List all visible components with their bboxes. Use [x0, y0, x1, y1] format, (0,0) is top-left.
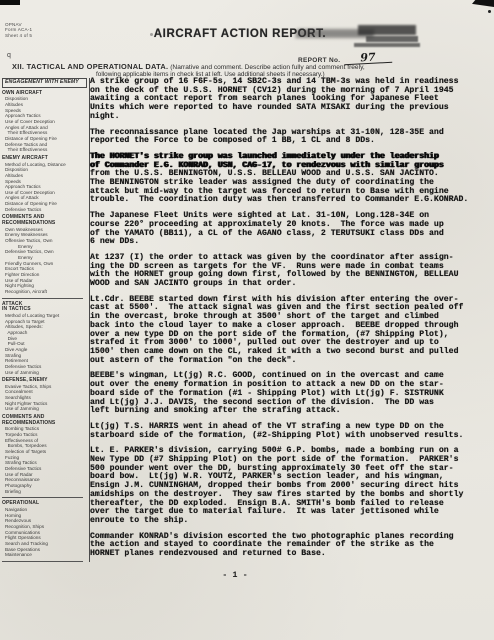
narrative-paragraph: The Japanese Fleet Units were sighted at…: [90, 212, 488, 247]
stamp-smudge: [358, 25, 416, 35]
form-identifier: OPNAV Form ACA-1 Sheet 4 of 5: [5, 22, 32, 38]
checklist-item: Use of Jamming: [2, 370, 87, 376]
checklist-item: Defensive Tactics: [2, 207, 87, 213]
checklist-group: COMMENTS ANDRECOMMENDATIONSOwn Weaknesse…: [2, 215, 87, 294]
scan-artifact: [488, 10, 491, 13]
section-heading-title: XII. TACTICAL AND OPERATIONAL DATA.: [12, 62, 168, 71]
checklist-item: Recognition, Aircraft: [2, 289, 87, 295]
checklist-group: COMMENTS ANDRECOMMENDATIONSBombing Tacti…: [2, 415, 87, 494]
checklist-item: Briefing: [2, 489, 87, 495]
checklist-item: Maintenance: [2, 552, 87, 558]
checklist-group: ENEMY AIRCRAFTMethod of Locating, Distan…: [2, 156, 87, 213]
sidebar-divider: [2, 298, 83, 299]
scan-edge-mark: [472, 0, 494, 7]
stamp-smudge: [354, 43, 420, 47]
narrative-paragraph: Commander KONRAD's division escorted the…: [90, 533, 488, 559]
scan-artifact: q: [7, 52, 11, 59]
narrative-text: A strike group of 16 F6F-5s, 14 SB2C-3s …: [90, 78, 488, 566]
narrative-paragraph: BEEBE's wingman, Lt(jg) R.C. GOOD, conti…: [90, 372, 488, 416]
sidebar-divider: [2, 497, 83, 498]
illegible-classification-stamp: [296, 25, 422, 51]
section-heading: XII. TACTICAL AND OPERATIONAL DATA. (Nar…: [12, 62, 482, 71]
form-id-line: Sheet 4 of 5: [5, 33, 32, 38]
checklist-group: DEFENSE, ENEMYEvasive Tactics, ShipsConc…: [2, 378, 87, 412]
scan-edge-mark: [0, 0, 20, 5]
narrative-paragraph: Lt.Cdr. BEEBE started down first with hi…: [90, 296, 488, 366]
section-heading-note: (Narrative and comment. Describe action …: [170, 64, 364, 71]
document-page: OPNAV Form ACA-1 Sheet 4 of 5 q AIRCRAFT…: [0, 0, 494, 640]
checklist-item: Their Effectiveness: [2, 147, 87, 153]
stamp-smudge: [366, 36, 418, 42]
narrative-paragraph: Lt. E. PARKER's division, carrying 500# …: [90, 447, 488, 525]
page-number: - 1 -: [90, 570, 380, 580]
checklist-item: Use of Jamming: [2, 406, 87, 412]
narrative-paragraph: A strike group of 16 F6F-5s, 14 SB2C-3s …: [90, 78, 488, 122]
checklist-group: OWN AIRCRAFTDispositionAltitudesSpeedsAp…: [2, 91, 87, 153]
overstruck-text: The HORNET's strike group was launched i…: [90, 152, 444, 170]
checklist-sidebar: ENGAGEMENT WITH ENEMYOWN AIRCRAFTDisposi…: [2, 78, 90, 562]
checklist-group: ENGAGEMENT WITH ENEMY: [2, 78, 87, 88]
checklist-section-title: ENGAGEMENT WITH ENEMY: [2, 78, 87, 88]
narrative-paragraph: Lt(jg) T.S. HARRIS went in ahead of the …: [90, 423, 488, 440]
checklist-group: OPERATIONALNavigationHomingRendezvousRec…: [2, 501, 87, 558]
sidebar-divider: [2, 561, 83, 562]
checklist-group: ATTACKIN TACTICSMethod of Locating Targe…: [2, 302, 87, 376]
narrative-paragraph: The HORNET's strike group was launched i…: [90, 153, 488, 205]
narrative-paragraph: At 1237 (I) the order to attack was give…: [90, 254, 488, 289]
narrative-paragraph: The reconnaissance plane located the Jap…: [90, 129, 488, 146]
